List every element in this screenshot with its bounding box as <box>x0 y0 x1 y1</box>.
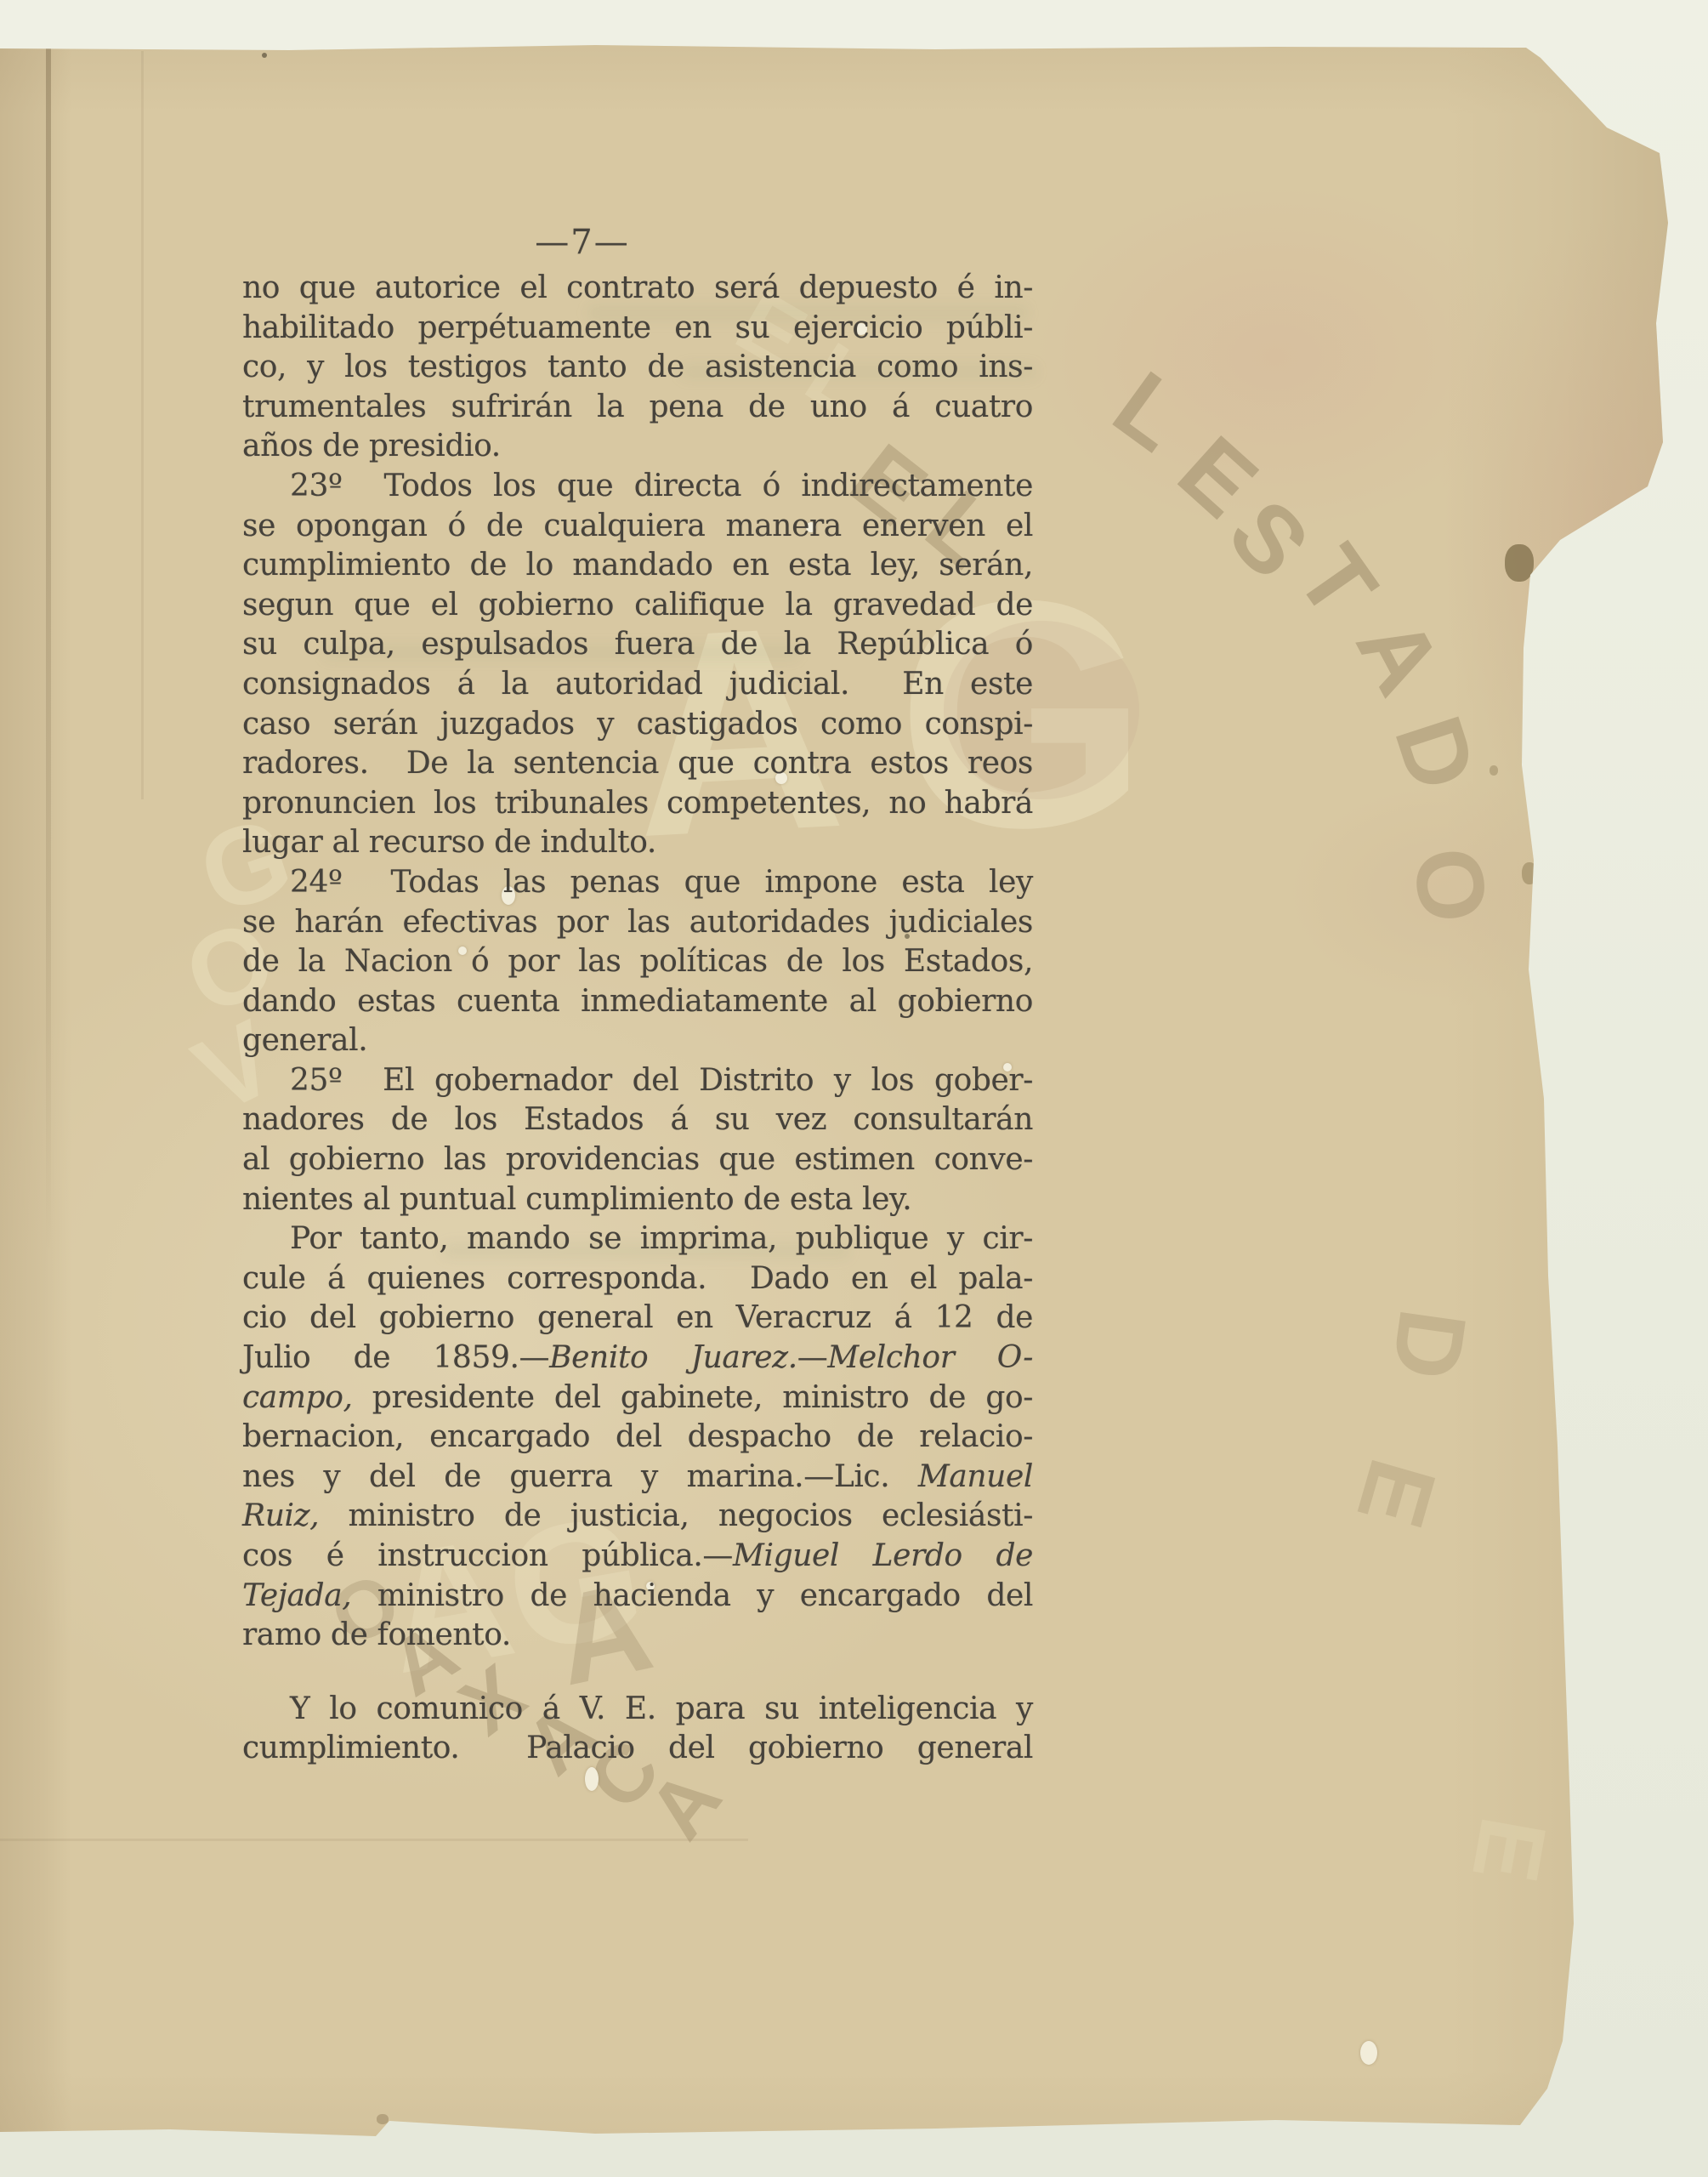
text-line: Ruiz, ministro de justicia, negocios ecl… <box>242 1497 1033 1537</box>
signature-name: Benito Juarez. <box>549 1340 797 1375</box>
text-line: 25º El gobernador del Distrito y los gob… <box>242 1061 1033 1101</box>
text-line: caso serán juzgados y castigados como co… <box>242 705 1033 745</box>
paragraph-closing: Y lo comunico á V. E. para su inteligenc… <box>242 1690 1033 1769</box>
signature-name: Tejada, <box>242 1578 351 1613</box>
watermark-letter: D <box>1376 1304 1480 1385</box>
text-line: se opongan ó de cualquiera manera enerve… <box>242 507 1033 547</box>
text-line: nes y del de guerra y marina.—Lic. Manue… <box>242 1458 1033 1498</box>
text-line: al gobierno las providencias que estimen… <box>242 1140 1033 1180</box>
text-line: segun que el gobierno califique la grave… <box>242 586 1033 626</box>
signature-name: Ruiz, <box>242 1498 319 1533</box>
text-line: radores. De la sentencia que contra esto… <box>242 744 1033 784</box>
signature-name: Manuel <box>918 1459 1033 1494</box>
fold-crease-vertical <box>46 48 51 1255</box>
paragraph-article-24: 24º Todas las penas que impone esta ley … <box>242 863 1033 1061</box>
watermark-letter: E <box>1342 1450 1450 1538</box>
watermark-letter: O <box>1398 842 1502 929</box>
text-line: Por tanto, mando se imprima, publique y … <box>242 1219 1033 1259</box>
paper-hole <box>585 1767 599 1791</box>
text-line: no que autorice el contrato será depuest… <box>242 269 1033 309</box>
paragraph-article-23: 23º Todos los que directa ó indirectamen… <box>242 467 1033 863</box>
watermark-letter: A <box>636 1757 735 1853</box>
text-line: cumplimiento de lo mandado en esta ley, … <box>242 546 1033 586</box>
page-number: —7— <box>476 223 689 262</box>
document-page: A G AG E L E L L E S T A D O D E O A X A… <box>0 0 1708 2177</box>
watermark-letter: S <box>1212 484 1325 594</box>
signature-name: Miguel Lerdo de <box>733 1538 1033 1573</box>
text-line: trumentales sufrirán la pena de uno á cu… <box>242 388 1033 428</box>
text-line: cumplimiento. Palacio del gobierno gener… <box>242 1729 1033 1769</box>
edge-stain <box>1490 765 1498 776</box>
text-line: dando estas cuenta inmediatamente al gob… <box>242 982 1033 1022</box>
text-line: cule á quienes corresponda. Dado en el p… <box>242 1259 1033 1299</box>
paragraph-article-25: 25º El gobernador del Distrito y los gob… <box>242 1061 1033 1219</box>
paragraph-continuation: no que autorice el contrato será depuest… <box>242 269 1033 467</box>
signature-name: campo, <box>242 1380 353 1415</box>
text-line: co, y los testigos tanto de asistencia c… <box>242 348 1033 388</box>
watermark-letter: E <box>1457 1810 1560 1888</box>
fold-crease-vertical-2 <box>141 51 144 799</box>
text-line: pronuncien los tribunales competentes, n… <box>242 784 1033 824</box>
text-line: 24º Todas las penas que impone esta ley <box>242 863 1033 903</box>
paper-hole <box>1360 2041 1377 2065</box>
edge-stain <box>377 2114 389 2124</box>
text-line: cio del gobierno general en Veracruz á 1… <box>242 1299 1033 1339</box>
text-line: general. <box>242 1021 1033 1061</box>
text-line: habilitado perpétuamente en su ejercicio… <box>242 309 1033 349</box>
text-line: Y lo comunico á V. E. para su inteligenc… <box>242 1690 1033 1730</box>
edge-stain <box>1522 862 1537 884</box>
text-line: lugar al recurso de indulto. <box>242 823 1033 863</box>
signature-name: Melchor O- <box>827 1340 1033 1375</box>
text-block: no que autorice el contrato será depuest… <box>242 269 1033 1769</box>
paragraph-promulgation: Por tanto, mando se imprima, publique y … <box>242 1219 1033 1656</box>
text-line: bernacion, encargado del despacho de rel… <box>242 1418 1033 1458</box>
text-line: Tejada, ministro de hacienda y encargado… <box>242 1577 1033 1617</box>
watermark-letter: D <box>1380 706 1492 801</box>
text-line: 23º Todos los que directa ó indirectamen… <box>242 467 1033 507</box>
watermark-letter: L <box>1098 356 1201 468</box>
text-line: ramo de fomento. <box>242 1616 1033 1656</box>
ink-speck <box>262 53 267 58</box>
watermark-letter: T <box>1281 531 1393 633</box>
watermark-letter: E <box>1162 420 1273 533</box>
text-line: Julio de 1859.—Benito Juarez.—Melchor O- <box>242 1339 1033 1378</box>
text-line: nientes al puntual cumplimiento de esta … <box>242 1180 1033 1220</box>
text-line: de la Nacion ó por las políticas de los … <box>242 942 1033 982</box>
text-line: campo, presidente del gabinete, ministro… <box>242 1378 1033 1418</box>
text-line: cos é instruccion pública.—Miguel Lerdo … <box>242 1537 1033 1577</box>
edge-stain <box>1505 544 1534 582</box>
text-line: se harán efectivas por las autoridades j… <box>242 903 1033 943</box>
text-line: nadores de los Estados á su vez consulta… <box>242 1100 1033 1140</box>
text-line: años de presidio. <box>242 427 1033 467</box>
fold-crease-horizontal <box>0 1839 748 1841</box>
text-line: su culpa, espulsados fuera de la Repúbli… <box>242 625 1033 665</box>
watermark-letter: A <box>1341 603 1457 708</box>
scanner-background: A G AG E L E L L E S T A D O D E O A X A… <box>0 0 1708 2177</box>
text-line: consignados á la autoridad judicial. En … <box>242 665 1033 705</box>
